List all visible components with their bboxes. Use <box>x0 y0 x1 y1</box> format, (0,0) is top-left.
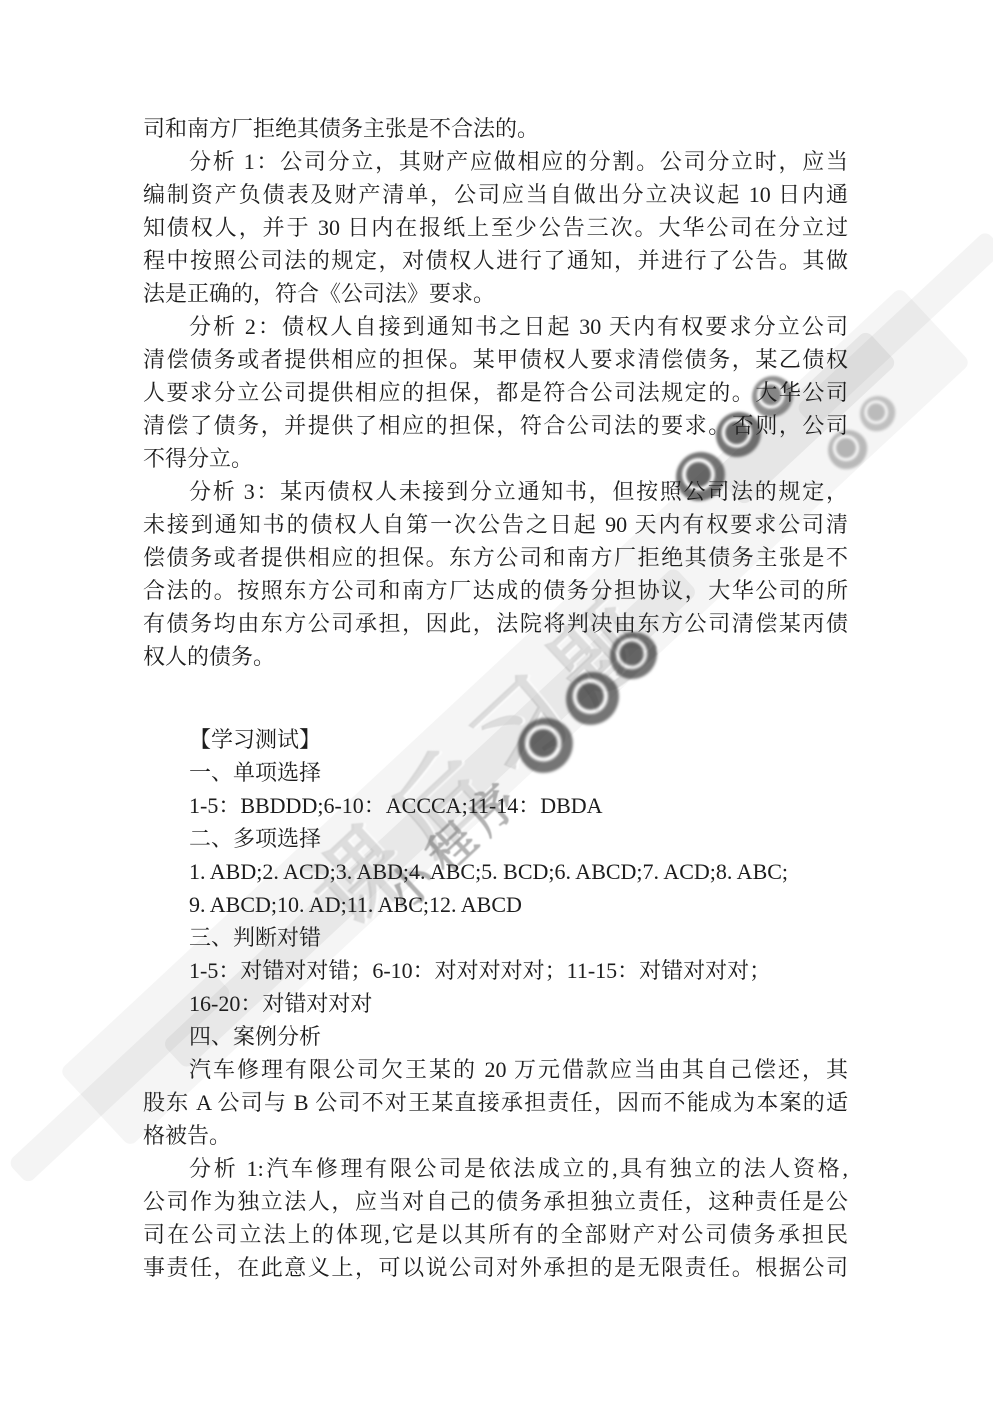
text-line: 清偿债务或者提供相应的担保。某甲债权人要求清偿债务，某乙债权 <box>143 343 848 376</box>
text-line: 1-5：对错对对错；6-10：对对对对对；11-15：对错对对对； <box>143 954 848 987</box>
text-line: 公司作为独立法人，应当对自己的债务承担独立责任，这种责任是公 <box>143 1185 848 1218</box>
watermark-stamp <box>860 396 896 432</box>
text-line: 16-20：对错对对对 <box>143 987 848 1020</box>
text-line: 三、判断对错 <box>143 921 848 954</box>
text-line: 【学习测试】 <box>143 723 848 756</box>
text-line: 1. ABD;2. ACD;3. ABD;4. ABC;5. BCD;6. AB… <box>143 855 848 888</box>
text-line: 未接到通知书的债权人自第一次公告之日起 90 天内有权要求公司清 <box>143 508 848 541</box>
text-line: 格被告。 <box>143 1119 848 1152</box>
text-line: 清偿了债务，并提供了相应的担保，符合公司法的要求。否则，公司 <box>143 409 848 442</box>
text-line: 法是正确的，符合《公司法》要求。 <box>143 277 848 310</box>
text-line: 二、多项选择 <box>143 822 848 855</box>
text-line: 合法的。按照东方公司和南方厂达成的债务分担协议，大华公司的所 <box>143 574 848 607</box>
document-page: 课后习题 小程序 司和南方厂拒绝其债务主张是不合法的。分析 1：公司分立，其财产… <box>0 0 993 1404</box>
text-line: 权人的债务。 <box>143 640 848 673</box>
text-line: 有债务均由东方公司承担，因此，法院将判决由东方公司清偿某丙债 <box>143 607 848 640</box>
text-line: 事责任，在此意义上，可以说公司对外承担的是无限责任。根据公司 <box>143 1251 848 1284</box>
text-line: 司在公司立法上的体现,它是以其所有的全部财产对公司债务承担民 <box>143 1218 848 1251</box>
text-line: 编制资产负债表及财产清单，公司应当自做出分立决议起 10 日内通 <box>143 178 848 211</box>
text-line: 分析 3：某丙债权人未接到分立通知书，但按照公司法的规定， <box>143 475 848 508</box>
blank-line <box>143 673 848 723</box>
text-line: 不得分立。 <box>143 442 848 475</box>
text-line: 知债权人，并于 30 日内在报纸上至少公告三次。大华公司在分立过 <box>143 211 848 244</box>
text-line: 司和南方厂拒绝其债务主张是不合法的。 <box>143 112 848 145</box>
text-line: 1-5：BBDDD;6-10：ACCCA;11-14：DBDA <box>143 789 848 822</box>
text-line: 一、单项选择 <box>143 756 848 789</box>
text-line: 汽车修理有限公司欠王某的 20 万元借款应当由其自己偿还，其 <box>143 1053 848 1086</box>
text-line: 人要求分立公司提供相应的担保，都是符合公司法规定的。大华公司 <box>143 376 848 409</box>
text-line: 偿债务或者提供相应的担保。东方公司和南方厂拒绝其债务主张是不 <box>143 541 848 574</box>
text-line: 分析 1:汽车修理有限公司是依法成立的,具有独立的法人资格, <box>143 1152 848 1185</box>
page-text-body: 司和南方厂拒绝其债务主张是不合法的。分析 1：公司分立，其财产应做相应的分割。公… <box>143 112 848 1284</box>
text-line: 股东 A 公司与 B 公司不对王某直接承担责任，因而不能成为本案的适 <box>143 1086 848 1119</box>
text-line: 分析 2：债权人自接到通知书之日起 30 天内有权要求分立公司 <box>143 310 848 343</box>
text-line: 程中按照公司法的规定，对债权人进行了通知，并进行了公告。其做 <box>143 244 848 277</box>
text-line: 分析 1：公司分立，其财产应做相应的分割。公司分立时，应当 <box>143 145 848 178</box>
text-line: 四、案例分析 <box>143 1020 848 1053</box>
text-line: 9. ABCD;10. AD;11. ABC;12. ABCD <box>143 888 848 921</box>
